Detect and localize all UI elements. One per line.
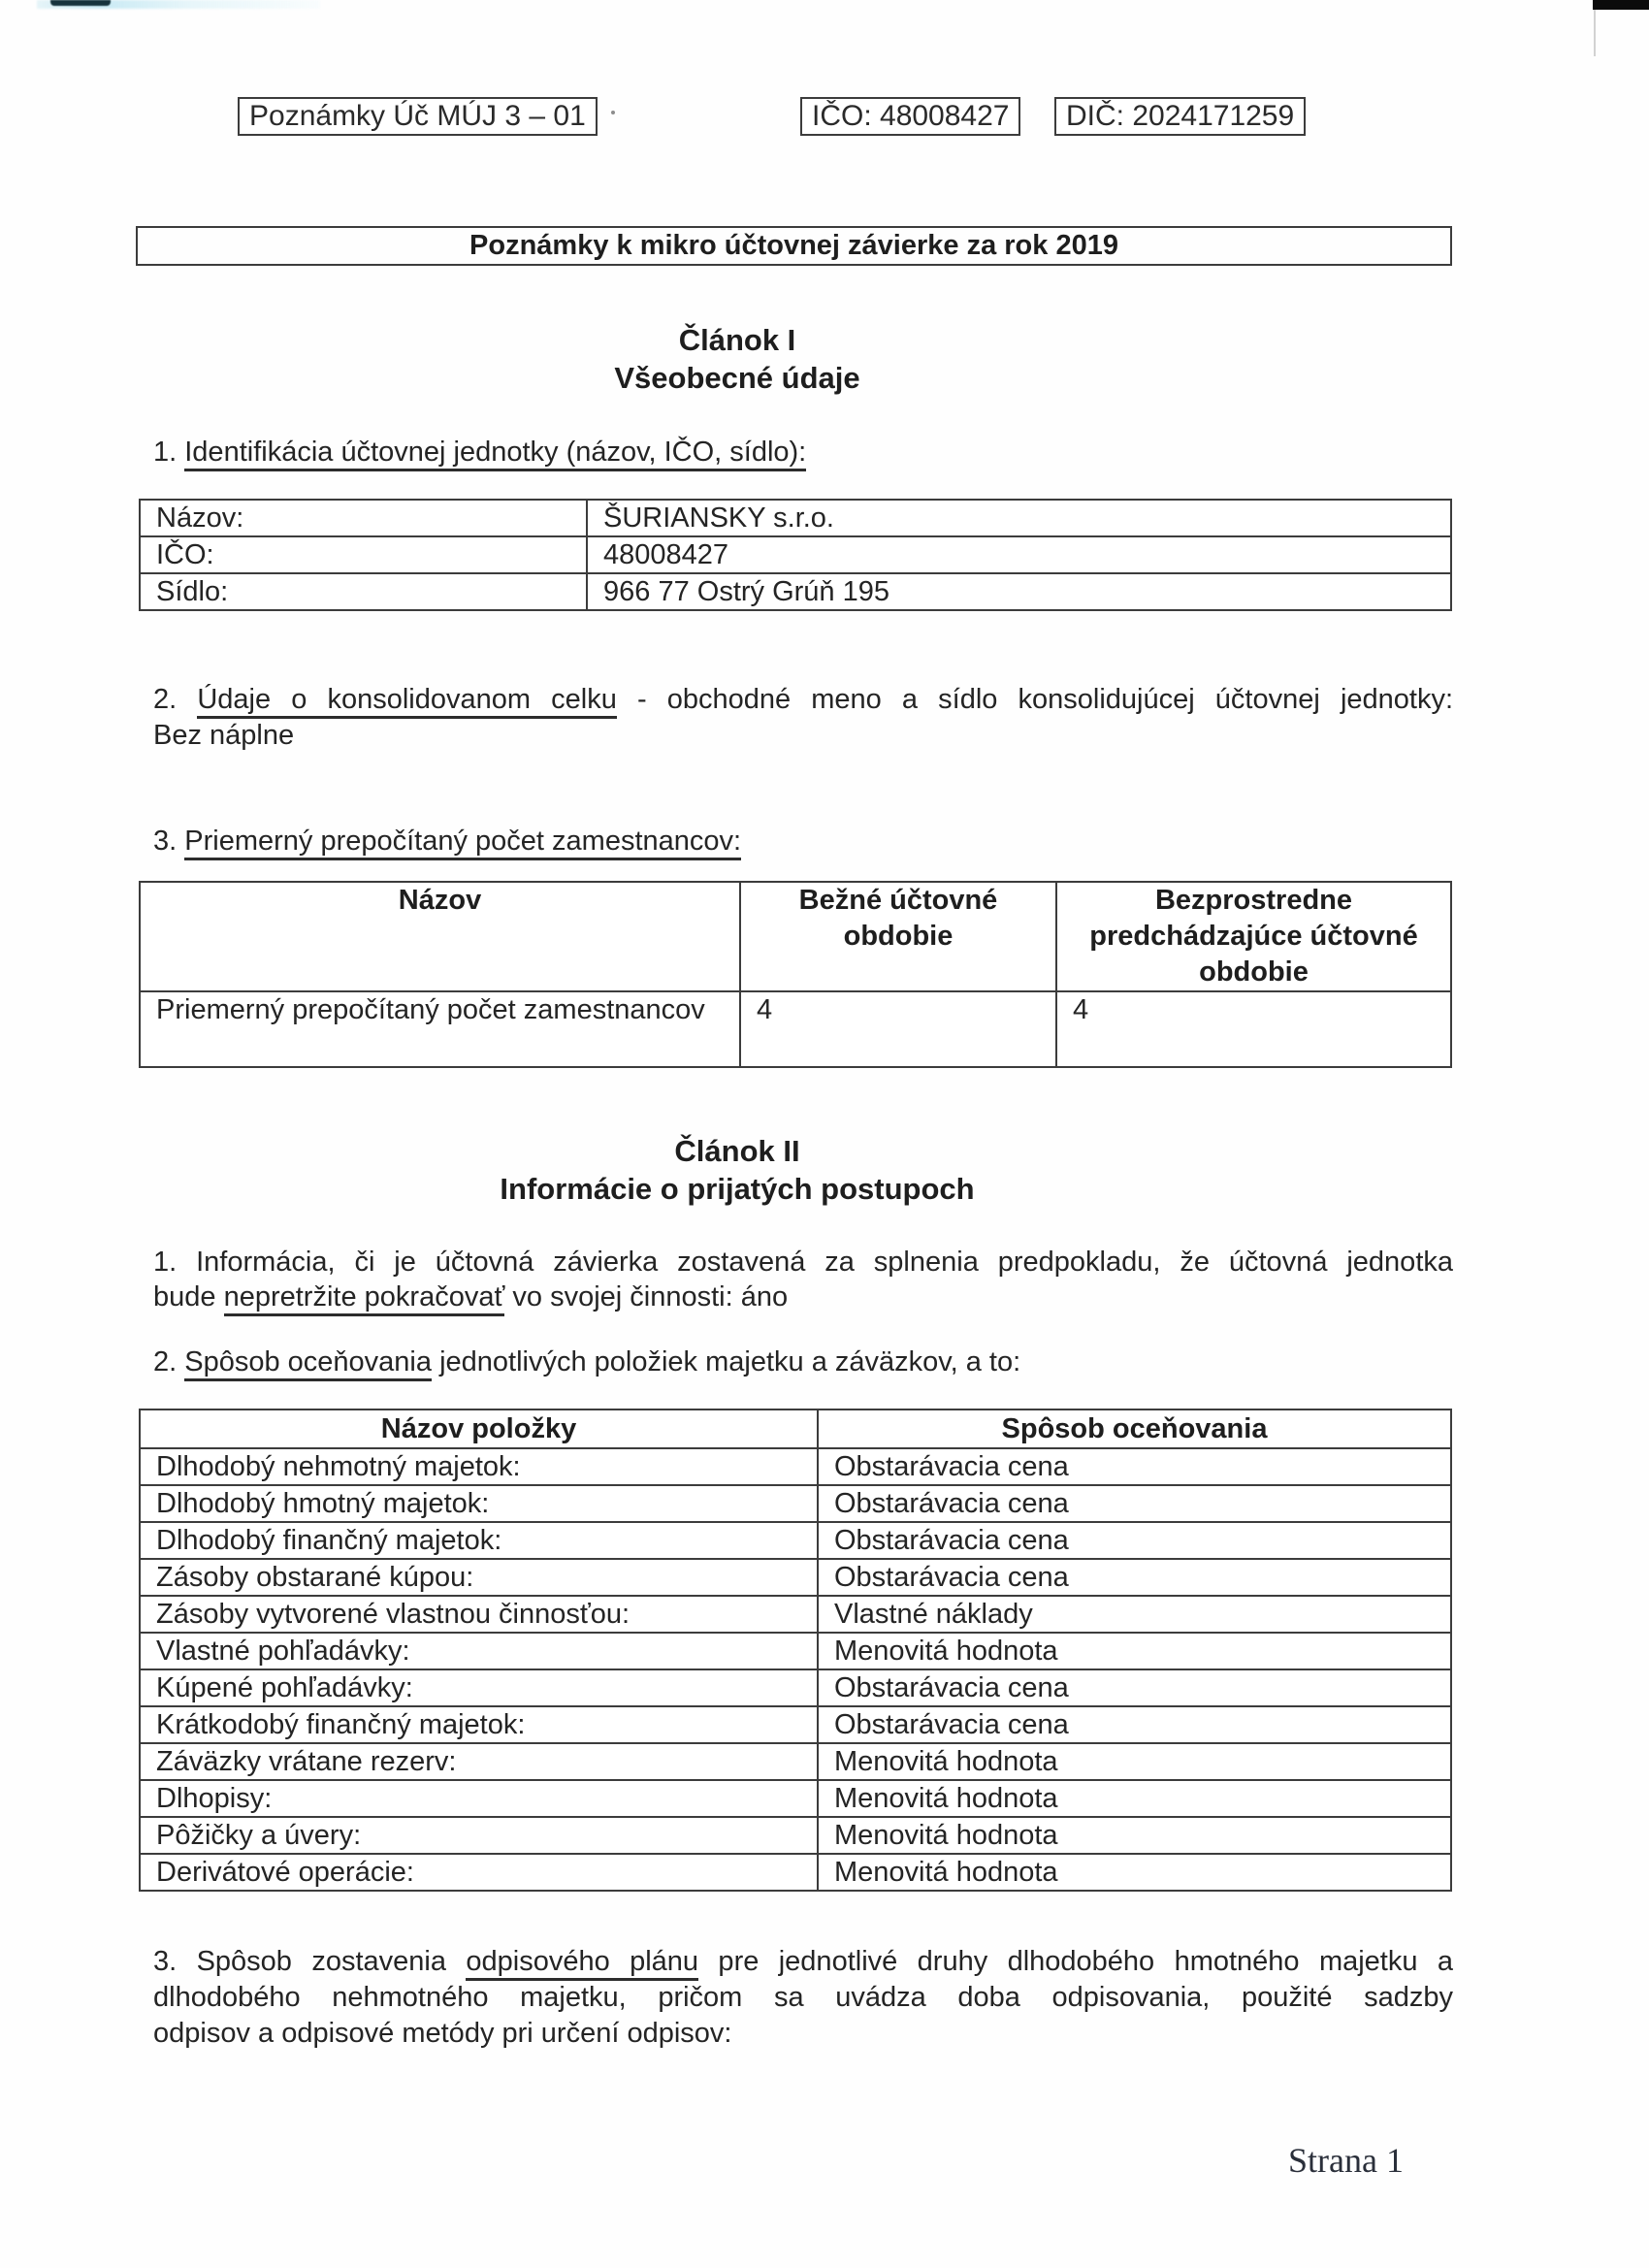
table-header-row: Názov Bežné účtovné obdobie Bezprostredn… [140, 882, 1451, 991]
cell-item: Zásoby obstarané kúpou: [140, 1559, 818, 1596]
table-row: Kúpené pohľadávky: Obstarávacia cena [140, 1669, 1451, 1706]
article1-item1: 1. Identifikácia účtovnej jednotky (názo… [153, 435, 1453, 470]
table-row: Pôžičky a úvery: Menovitá hodnota [140, 1817, 1451, 1854]
article2-item2: 2. Spôsob oceňovania jednotlivých položi… [153, 1345, 1453, 1380]
cell-method: Obstarávacia cena [818, 1485, 1451, 1522]
cell-method: Obstarávacia cena [818, 1448, 1451, 1485]
article1-item2: 2. Údaje o konsolidovanom celku - obchod… [153, 682, 1453, 754]
cell-method: Menovitá hodnota [818, 1854, 1451, 1891]
table-row: Zásoby vytvorené vlastnou činnosťou: Vla… [140, 1596, 1451, 1633]
cell-item: Derivátové operácie: [140, 1854, 818, 1891]
scan-smudge-dark-artifact [50, 0, 111, 6]
item1-line2: bude nepretržite pokračovať vo svojej či… [153, 1280, 1453, 1314]
cell-method: Obstarávacia cena [818, 1522, 1451, 1559]
employees-table: Názov Bežné účtovné obdobie Bezprostredn… [139, 881, 1452, 1068]
table-header-row: Názov položky Spôsob oceňovania [140, 1409, 1451, 1448]
item1-line2-pre: bude [153, 1281, 224, 1312]
table-row: Priemerný prepočítaný počet zamestnancov… [140, 991, 1451, 1067]
cell-method: Menovitá hodnota [818, 1817, 1451, 1854]
article2-item3: 3. Spôsob zostavenia odpisového plánu pr… [153, 1944, 1453, 2052]
item2-rest: jednotlivých položiek majetku a záväzkov… [432, 1346, 1020, 1377]
page-number: Strana 1 [1288, 2140, 1404, 2181]
table-row: Dlhopisy: Menovitá hodnota [140, 1780, 1451, 1817]
dic-box: DIČ: 2024171259 [1054, 97, 1306, 136]
item-title-underlined: Identifikácia účtovnej jednotky (názov, … [184, 437, 806, 471]
cell-item: Dlhodobý finančný majetok: [140, 1522, 818, 1559]
item-title-underlined: Priemerný prepočítaný počet zamestnancov… [184, 826, 741, 860]
article1-heading-line: Článok I [126, 321, 1348, 359]
header-item-name: Názov položky [140, 1409, 818, 1448]
cell-item: Dlhodobý hmotný majetok: [140, 1485, 818, 1522]
cell-item: Zásoby vytvorené vlastnou činnosťou: [140, 1596, 818, 1633]
table-row: Dlhodobý finančný majetok: Obstarávacia … [140, 1522, 1451, 1559]
cell-method: Menovitá hodnota [818, 1633, 1451, 1669]
ico-box: IČO: 48008427 [800, 97, 1020, 136]
cell-value: 966 77 Ostrý Grúň 195 [587, 573, 1451, 610]
table-row: Záväzky vrátane rezerv: Menovitá hodnota [140, 1743, 1451, 1780]
table-row: Derivátové operácie: Menovitá hodnota [140, 1854, 1451, 1891]
cell-label: Sídlo: [140, 573, 587, 610]
item-number: 2. [153, 684, 197, 715]
form-code-box: Poznámky Úč MÚJ 3 – 01 [238, 97, 598, 136]
scanned-document-page: Poznámky Úč MÚJ 3 – 01 IČO: 48008427 DIČ… [0, 0, 1649, 2268]
cell-current-value: 4 [740, 991, 1056, 1067]
cell-value: ŠURIANSKY s.r.o. [587, 500, 1451, 536]
item2-underlined: Údaje o konsolidovanom celku [197, 684, 617, 719]
identification-table: Názov: ŠURIANSKY s.r.o. IČO: 48008427 Sí… [139, 499, 1452, 611]
cell-item: Dlhodobý nehmotný majetok: [140, 1448, 818, 1485]
article1-item3: 3. Priemerný prepočítaný počet zamestnan… [153, 824, 1453, 859]
item-number: 2. [153, 1346, 184, 1377]
header-nazov: Názov [140, 882, 740, 991]
item1-line2-post: vo svojej činnosti: áno [504, 1281, 788, 1312]
cell-item: Záväzky vrátane rezerv: [140, 1743, 818, 1780]
cell-method: Obstarávacia cena [818, 1559, 1451, 1596]
table-row: Dlhodobý hmotný majetok: Obstarávacia ce… [140, 1485, 1451, 1522]
cell-method: Vlastné náklady [818, 1596, 1451, 1633]
article2-item1: 1. Informácia, či je účtovná závierka zo… [153, 1245, 1453, 1314]
scan-stray-dot-artifact [611, 111, 615, 114]
item2-underlined: Spôsob oceňovania [184, 1346, 432, 1381]
item3-line3: odpisov a odpisové metódy pri určení odp… [153, 2016, 1453, 2052]
item3-line1-underlined: odpisového plánu [466, 1946, 698, 1981]
item2-rest: - obchodné meno a sídlo konsolidujúcej ú… [617, 684, 1453, 715]
cell-label: IČO: [140, 536, 587, 573]
article2-heading-line: Článok II [126, 1132, 1348, 1170]
cell-label: Priemerný prepočítaný počet zamestnancov [140, 991, 740, 1067]
cell-previous-value: 4 [1056, 991, 1451, 1067]
item3-line1: 3. Spôsob zostavenia odpisového plánu pr… [153, 1944, 1453, 1980]
item-number: 1. [153, 437, 184, 468]
table-row: Dlhodobý nehmotný majetok: Obstarávacia … [140, 1448, 1451, 1485]
table-row: Názov: ŠURIANSKY s.r.o. [140, 500, 1451, 536]
table-row: Sídlo: 966 77 Ostrý Grúň 195 [140, 573, 1451, 610]
header-previous-period: Bezprostredne predchádzajúce účtovné obd… [1056, 882, 1451, 991]
item1-line2-underlined: nepretržite pokračovať [224, 1281, 505, 1316]
scan-corner-black-artifact [1593, 0, 1649, 10]
item-number: 3. [153, 826, 184, 857]
item2-line1: 2. Údaje o konsolidovanom celku - obchod… [153, 682, 1453, 718]
article2-subheading-line: Informácie o prijatých postupoch [126, 1170, 1348, 1208]
cell-method: Menovitá hodnota [818, 1780, 1451, 1817]
item1-line1: 1. Informácia, či je účtovná závierka zo… [153, 1245, 1453, 1280]
cell-method: Menovitá hodnota [818, 1743, 1451, 1780]
article2-heading: Článok II Informácie o prijatých postupo… [126, 1132, 1348, 1208]
item2-note: Bez náplne [153, 718, 1453, 754]
table-row: Zásoby obstarané kúpou: Obstarávacia cen… [140, 1559, 1451, 1596]
header-valuation-method: Spôsob oceňovania [818, 1409, 1451, 1448]
article1-subheading-line: Všeobecné údaje [126, 359, 1348, 397]
cell-label: Názov: [140, 500, 587, 536]
cell-item: Kúpené pohľadávky: [140, 1669, 818, 1706]
cell-item: Krátkodobý finančný majetok: [140, 1706, 818, 1743]
header-current-period: Bežné účtovné obdobie [740, 882, 1056, 991]
article1-heading: Článok I Všeobecné údaje [126, 321, 1348, 397]
cell-value: 48008427 [587, 536, 1451, 573]
cell-item: Pôžičky a úvery: [140, 1817, 818, 1854]
item3-line1-post: pre jednotlivé druhy dlhodobého hmotného… [698, 1946, 1453, 1977]
table-row: IČO: 48008427 [140, 536, 1451, 573]
cell-item: Dlhopisy: [140, 1780, 818, 1817]
table-row: Vlastné pohľadávky: Menovitá hodnota [140, 1633, 1451, 1669]
cell-item: Vlastné pohľadávky: [140, 1633, 818, 1669]
cell-method: Obstarávacia cena [818, 1669, 1451, 1706]
scan-corner-line-artifact [1594, 10, 1596, 56]
item3-line2: dlhodobého nehmotného majetku, pričom sa… [153, 1980, 1453, 2016]
document-title: Poznámky k mikro účtovnej závierke za ro… [136, 226, 1452, 266]
item3-line1-pre: 3. Spôsob zostavenia [153, 1946, 466, 1977]
valuation-table: Názov položky Spôsob oceňovania Dlhodobý… [139, 1409, 1452, 1892]
cell-method: Obstarávacia cena [818, 1706, 1451, 1743]
table-row: Krátkodobý finančný majetok: Obstarávaci… [140, 1706, 1451, 1743]
